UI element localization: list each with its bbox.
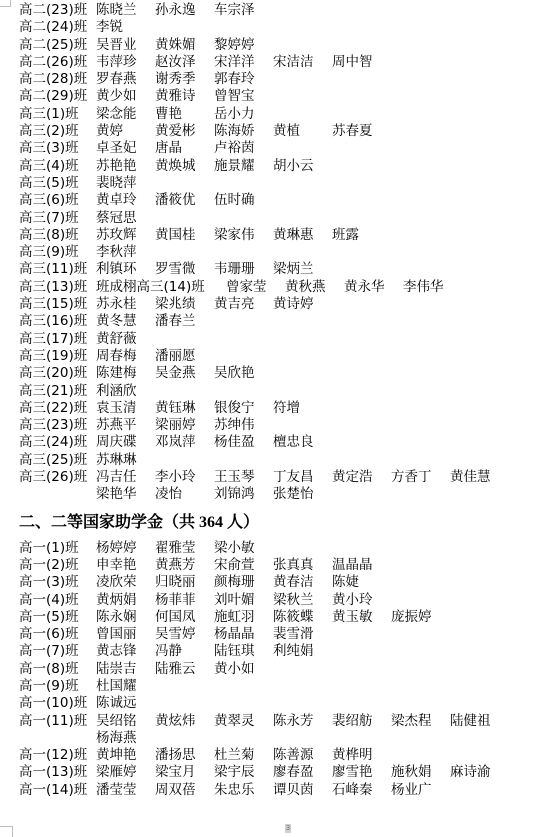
student-name: 方香丁 (391, 469, 450, 486)
class-label: 高一(12)班 (19, 747, 87, 764)
student-name: 梁兆绩 (155, 296, 214, 313)
student-name: 李锐 (96, 19, 155, 36)
student-name: 陆钰琪 (214, 643, 273, 660)
student-name: 苏燕平 (96, 417, 155, 434)
class-row: 高三(9)班李秋萍 (19, 244, 539, 261)
student-name: 黎婷婷 (214, 37, 273, 54)
student-name: 梁念能 (96, 106, 155, 123)
student-names: 裴晓萍 (96, 175, 541, 192)
student-name: 谢秀季 (155, 71, 214, 88)
student-names: 蔡冠思 (96, 210, 541, 227)
student-name: 黄国桂 (155, 227, 214, 244)
class-row: 高一(2)班申幸艳黄燕芳宋俞萱张真真温晶晶 (19, 557, 539, 574)
student-name: 潘扬思 (155, 747, 214, 764)
student-name: 李秋萍 (96, 244, 155, 261)
student-name: 陈诚远 (96, 695, 155, 712)
student-names: 黄炳娟杨菲菲刘叶媚梁秋兰黄小玲 (96, 592, 541, 609)
student-name: 黄秋燕 (285, 279, 344, 296)
student-names: 袁玉清黄钰琳银俊宁符增 (96, 400, 541, 417)
student-name: 黄小玲 (332, 592, 391, 609)
class-row: 高一(9)班杜国耀 (19, 678, 539, 695)
class-label: 高一(9)班 (19, 678, 79, 695)
class-row: 高三(11)班利镇环罗雪微韦珊珊梁炳兰 (19, 261, 539, 278)
student-name: 陈海娇 (214, 123, 273, 140)
class-row: 高三(4)班苏艳艳黄焕城施景耀胡小云 (19, 158, 539, 175)
student-name: 罗雪微 (155, 261, 214, 278)
student-names: 杜国耀 (96, 678, 541, 695)
student-name: 何国凤 (155, 609, 214, 626)
class-label: 高二(25)班 (19, 37, 87, 54)
student-name: 申幸艳 (96, 557, 155, 574)
student-name: 梁艳华 (96, 486, 155, 503)
class-label: 高三(25)班 (19, 452, 87, 469)
student-name: 曾国丽 (96, 626, 155, 643)
class-label: 高三(4)班 (19, 158, 79, 175)
student-name: 王玉琴 (214, 469, 273, 486)
student-name: 梁丽婷 (155, 417, 214, 434)
class-label: 高三(24)班 (19, 434, 87, 451)
class-label: 高三(20)班 (19, 365, 87, 382)
student-name: 韦珊珊 (214, 261, 273, 278)
student-names: 李秋萍 (96, 244, 541, 261)
student-name: 黄钰琳 (155, 400, 214, 417)
student-name: 唐晶 (155, 140, 214, 157)
student-names: 凌欣荣归晓丽颜梅珊黄春洁陈婕 (96, 574, 541, 591)
student-name: 曾智宝 (214, 88, 273, 105)
student-name: 冯吉任 (96, 469, 155, 486)
class-row: 高三(17)班黄舒薇 (19, 331, 539, 348)
student-name: 梁家伟 (214, 227, 273, 244)
student-name: 翟雅莹 (155, 540, 214, 557)
class-label: 高一(3)班 (19, 574, 79, 591)
student-names: 苏玫辉黄国桂梁家伟黄琳惠班露 (96, 227, 541, 244)
student-name: 陈晓兰 (96, 2, 155, 19)
student-name: 廖春盈 (273, 764, 332, 781)
class-label: 高三(11)班 (19, 261, 87, 278)
student-names: 吴晋业黄姝媚黎婷婷 (96, 37, 541, 54)
student-name: 黄雅诗 (155, 88, 214, 105)
student-name: 吴晋业 (96, 37, 155, 54)
student-name: 凌怡 (155, 486, 214, 503)
class-row: 高三(26)班冯吉任李小玲王玉琴丁友昌黄定浩方香丁黄佳慧 (19, 469, 539, 486)
student-name: 苏绅伟 (214, 417, 273, 434)
student-name: 郭春玲 (214, 71, 273, 88)
student-name: 车宗泽 (214, 2, 273, 19)
student-names: 黄志锋冯静陆钰琪利纯娟 (96, 643, 541, 660)
student-names: 吴绍铭黄炫炜黄翠灵陈永芳裴绍舫梁杰程陆健祖 (96, 713, 541, 730)
student-name: 黄春洁 (273, 574, 332, 591)
class-label: 高三(3)班 (19, 140, 79, 157)
class-label: 高三(26)班 (19, 469, 87, 486)
student-name: 黄小如 (214, 661, 273, 678)
class-label: 高一(2)班 (19, 557, 79, 574)
student-name: 施秋娟 (391, 764, 450, 781)
student-name: 袁玉清 (96, 400, 155, 417)
student-name: 陈建梅 (96, 365, 155, 382)
class-label: 高二(26)班 (19, 54, 87, 71)
student-name: 黄永华 (344, 279, 403, 296)
student-name: 韦萍珍 (96, 54, 155, 71)
student-name: 潘筱优 (155, 192, 214, 209)
student-names: 黄冬慧潘春兰 (96, 313, 541, 330)
student-names: 周春梅潘丽愿 (96, 348, 541, 365)
class-row: 高二(26)班韦萍珍赵汝泽宋洋洋宋洁洁周中智 (19, 54, 539, 71)
student-name: 周庆碟 (96, 434, 155, 451)
student-name: 宋洋洋 (214, 54, 273, 71)
student-name: 刘锦鸿 (214, 486, 273, 503)
class-row: 高一(12)班黄坤艳潘扬思杜兰菊陈善源黄桦明 (19, 747, 539, 764)
student-names: 潘莹莹周双蓓朱忠乐谭贝茵石峰秦杨业广 (96, 782, 541, 799)
student-name: 周双蓓 (155, 782, 214, 799)
student-name: 施虹羽 (214, 609, 273, 626)
class-label: 高一(14)班 (19, 782, 87, 799)
class-row: 杨海燕 (19, 730, 539, 747)
student-name: 杨婷婷 (96, 540, 155, 557)
student-names: 曾国丽吴雪婷杨晶晶裴雪滑 (96, 626, 541, 643)
student-name: 黄舒薇 (96, 331, 155, 348)
student-name: 朱忠乐 (214, 782, 273, 799)
student-name: 杨业广 (391, 782, 450, 799)
class-label: 高一(1)班 (19, 540, 79, 557)
student-name: 邓岚萍 (155, 434, 214, 451)
student-name: 裴雪滑 (273, 626, 332, 643)
student-name: 陈筱蝶 (273, 609, 332, 626)
class-label: 高三(22)班 (19, 400, 87, 417)
student-names: 苏艳艳黄焕城施景耀胡小云 (96, 158, 541, 175)
student-name: 利涵欣 (96, 383, 155, 400)
class-label: 高三(5)班 (19, 175, 79, 192)
student-name: 孙永逸 (155, 2, 214, 19)
student-names: 卓圣妃唐晶卢裕茵 (96, 140, 541, 157)
student-name: 吴金燕 (155, 365, 214, 382)
class-label: 高一(6)班 (19, 626, 79, 643)
student-name: 陆健祖 (450, 713, 509, 730)
student-name: 冯静 (155, 643, 214, 660)
student-names: 黄少如黄雅诗曾智宝 (96, 88, 541, 105)
student-name: 谭贝茵 (273, 782, 332, 799)
student-name: 苏永桂 (96, 296, 155, 313)
student-name: 卓圣妃 (96, 140, 155, 157)
class-row: 高三(25)班苏琳琳 (19, 452, 539, 469)
class-row: 高三(21)班利涵欣 (19, 383, 539, 400)
student-name: 黄焕城 (155, 158, 214, 175)
class-label: 高三(6)班 (19, 192, 79, 209)
class-row: 高三(22)班袁玉清黄钰琳银俊宁符增 (19, 400, 539, 417)
student-name: 黄少如 (96, 88, 155, 105)
class-row: 高一(3)班凌欣荣归晓丽颜梅珊黄春洁陈婕 (19, 574, 539, 591)
student-name: 宋俞萱 (214, 557, 273, 574)
class-row: 高一(1)班杨婷婷翟雅莹梁小敏 (19, 540, 539, 557)
student-names: 陆崇吉陆雅云黄小如 (96, 661, 541, 678)
class-label: 高二(23)班 (19, 2, 87, 19)
class-row: 高二(23)班陈晓兰孙永逸车宗泽 (19, 2, 539, 19)
class-label: 高三(9)班 (19, 244, 79, 261)
section-2-list: 高一(1)班杨婷婷翟雅莹梁小敏高一(2)班申幸艳黄燕芳宋俞萱张真真温晶晶高一(3… (19, 540, 539, 799)
class-label: 高三(7)班 (19, 210, 79, 227)
student-name: 黄炫炜 (155, 713, 214, 730)
student-name: 庞振婷 (391, 609, 450, 626)
student-name: 施景耀 (214, 158, 273, 175)
student-name: 梁杰程 (391, 713, 450, 730)
student-name: 赵汝泽 (155, 54, 214, 71)
student-name: 黄吉亮 (214, 296, 273, 313)
class-label: 高一(10)班 (19, 695, 87, 712)
student-name: 李小玲 (155, 469, 214, 486)
student-name: 黄翠灵 (214, 713, 273, 730)
class-row: 高一(13)班梁雁婷梁宝月梁宇辰廖春盈廖雪艳施秋娟麻诗渝 (19, 764, 539, 781)
student-name: 杨菲菲 (155, 592, 214, 609)
student-names: 梁雁婷梁宝月梁宇辰廖春盈廖雪艳施秋娟麻诗渝 (96, 764, 541, 781)
student-name: 颜梅珊 (214, 574, 273, 591)
class-row: 高一(7)班黄志锋冯静陆钰琪利纯娟 (19, 643, 539, 660)
student-names: 陈诚远 (96, 695, 541, 712)
student-name: 张楚怡 (273, 486, 332, 503)
class-row: 高三(5)班裴晓萍 (19, 175, 539, 192)
student-name: 陈永芳 (273, 713, 332, 730)
student-name: 罗春燕 (96, 71, 155, 88)
class-label: 高二(28)班 (19, 71, 87, 88)
student-name: 凌欣荣 (96, 574, 155, 591)
student-name: 符增 (273, 400, 332, 417)
student-name: 胡小云 (273, 158, 332, 175)
student-names: 苏燕平梁丽婷苏绅伟 (96, 417, 541, 434)
student-name: 梁炳兰 (273, 261, 332, 278)
student-name: 裴绍舫 (332, 713, 391, 730)
student-names: 利镇环罗雪微韦珊珊梁炳兰 (96, 261, 541, 278)
page-corner-mark-top (0, 0, 11, 7)
class-label: 高一(5)班 (19, 609, 79, 626)
student-name: 利镇环 (96, 261, 155, 278)
student-names: 陈建梅吴金燕吴欣艳 (96, 365, 541, 382)
class-row: 高三(6)班黄卓玲潘筱优伍时确 (19, 192, 539, 209)
class-row: 高三(24)班周庆碟邓岚萍杨佳盈檀忠良 (19, 434, 539, 451)
student-name: 黄植 (273, 123, 332, 140)
student-name: 麻诗渝 (450, 764, 509, 781)
student-name: 杜国耀 (96, 678, 155, 695)
class-row: 高三(16)班黄冬慧潘春兰 (19, 313, 539, 330)
class-row: 高三(20)班陈建梅吴金燕吴欣艳 (19, 365, 539, 382)
student-name: 檀忠良 (273, 434, 332, 451)
student-names: 黄舒薇 (96, 331, 541, 348)
student-name: 苏玫辉 (96, 227, 155, 244)
page-corner-mark-bottom (0, 826, 13, 837)
student-name: 梁雁婷 (96, 764, 155, 781)
student-name: 黄燕芳 (155, 557, 214, 574)
student-names: 杨海燕 (96, 730, 541, 747)
class-label: 高三(1)班 (19, 106, 79, 123)
class-label: 高二(24)班 (19, 19, 87, 36)
section-2-heading: 二、二等国家助学金（共 364 人） (19, 506, 539, 540)
student-name: 曹艳 (155, 106, 214, 123)
class-row: 高二(29)班黄少如黄雅诗曾智宝 (19, 88, 539, 105)
student-name: 黄炳娟 (96, 592, 155, 609)
class-label: 高三(8)班 (19, 227, 79, 244)
student-name: 周春梅 (96, 348, 155, 365)
student-name: 曾家莹 (226, 279, 285, 296)
student-names: 梁艳华凌怡刘锦鸿张楚怡 (96, 486, 541, 503)
student-name: 蔡冠思 (96, 210, 155, 227)
class-row: 高一(10)班陈诚远 (19, 695, 539, 712)
student-names: 杨婷婷翟雅莹梁小敏 (96, 540, 541, 557)
student-name: 梁小敏 (214, 540, 273, 557)
student-names: 周庆碟邓岚萍杨佳盈檀忠良 (96, 434, 541, 451)
student-name: 岳小力 (214, 106, 273, 123)
student-name: 梁宝月 (155, 764, 214, 781)
class-label: 高三(2)班 (19, 123, 79, 140)
student-name: 黄婷 (96, 123, 155, 140)
student-name: 潘莹莹 (96, 782, 155, 799)
student-name: 黄冬慧 (96, 313, 155, 330)
student-name: 黄诗婷 (273, 296, 332, 313)
class-row: 高三(15)班苏永桂梁兆绩黄吉亮黄诗婷 (19, 296, 539, 313)
student-name: 黄坤艳 (96, 747, 155, 764)
student-name: 杨晶晶 (214, 626, 273, 643)
student-name: 黄玉敏 (332, 609, 391, 626)
student-names: 苏永桂梁兆绩黄吉亮黄诗婷 (96, 296, 541, 313)
student-name: 黄定浩 (332, 469, 391, 486)
student-name: 苏琳琳 (96, 452, 155, 469)
student-names: 班成栩高三(14)班曾家莹黄秋燕黄永华李伟华 (96, 279, 541, 296)
class-row: 高二(24)班李锐 (19, 19, 539, 36)
class-label: 高三(17)班 (19, 331, 87, 348)
student-name: 宋洁洁 (273, 54, 332, 71)
class-row: 高三(3)班卓圣妃唐晶卢裕茵 (19, 140, 539, 157)
class-row: 高一(5)班陈永娴何国凤施虹羽陈筱蝶黄玉敏庞振婷 (19, 609, 539, 626)
class-row: 梁艳华凌怡刘锦鸿张楚怡 (19, 486, 539, 503)
student-name: 潘丽愿 (155, 348, 214, 365)
class-row: 高一(11)班吴绍铭黄炫炜黄翠灵陈永芳裴绍舫梁杰程陆健祖 (19, 713, 539, 730)
student-name: 周中智 (332, 54, 391, 71)
student-name: 班成栩高三(14)班 (96, 279, 226, 296)
class-label: 高一(13)班 (19, 764, 87, 781)
student-name: 陈永娴 (96, 609, 155, 626)
student-name: 黄志锋 (96, 643, 155, 660)
student-name: 吴欣艳 (214, 365, 273, 382)
class-label: 高三(15)班 (19, 296, 87, 313)
class-row: 高一(6)班曾国丽吴雪婷杨晶晶裴雪滑 (19, 626, 539, 643)
student-name: 陆雅云 (155, 661, 214, 678)
class-row: 高二(28)班罗春燕谢秀季郭春玲 (19, 71, 539, 88)
student-names: 黄婷黄爱彬陈海娇黄植苏春夏 (96, 123, 541, 140)
class-row: 高一(4)班黄炳娟杨菲菲刘叶媚梁秋兰黄小玲 (19, 592, 539, 609)
class-label: 高一(8)班 (19, 661, 79, 678)
student-name: 苏艳艳 (96, 158, 155, 175)
student-name: 廖雪艳 (332, 764, 391, 781)
student-names: 苏琳琳 (96, 452, 541, 469)
class-row: 高三(2)班黄婷黄爱彬陈海娇黄植苏春夏 (19, 123, 539, 140)
student-names: 冯吉任李小玲王玉琴丁友昌黄定浩方香丁黄佳慧 (96, 469, 541, 486)
student-names: 梁念能曹艳岳小力 (96, 106, 541, 123)
class-row: 高三(8)班苏玫辉黄国桂梁家伟黄琳惠班露 (19, 227, 539, 244)
class-label: 高三(21)班 (19, 383, 87, 400)
student-name: 卢裕茵 (214, 140, 273, 157)
student-name: 吴雪婷 (155, 626, 214, 643)
class-row: 高一(8)班陆崇吉陆雅云黄小如 (19, 661, 539, 678)
student-names: 黄卓玲潘筱优伍时确 (96, 192, 541, 209)
student-names: 黄坤艳潘扬思杜兰菊陈善源黄桦明 (96, 747, 541, 764)
class-row: 高一(14)班潘莹莹周双蓓朱忠乐谭贝茵石峰秦杨业广 (19, 782, 539, 799)
student-name: 苏春夏 (332, 123, 391, 140)
class-row: 高三(13)班班成栩高三(14)班曾家莹黄秋燕黄永华李伟华 (19, 279, 539, 296)
class-label: 高二(29)班 (19, 88, 87, 105)
section-1-list: 高二(23)班陈晓兰孙永逸车宗泽高二(24)班李锐高二(25)班吴晋业黄姝媚黎婷… (19, 2, 539, 504)
class-label: 高三(16)班 (19, 313, 87, 330)
student-name: 丁友昌 (273, 469, 332, 486)
student-name: 潘春兰 (155, 313, 214, 330)
student-names: 李锐 (96, 19, 541, 36)
student-name: 陈善源 (273, 747, 332, 764)
student-name: 黄桦明 (332, 747, 391, 764)
class-label: 高三(19)班 (19, 348, 87, 365)
student-name: 黄爱彬 (155, 123, 214, 140)
page-number: 3 (285, 824, 291, 833)
student-name: 银俊宁 (214, 400, 273, 417)
class-label: 高三(23)班 (19, 417, 87, 434)
student-name: 张真真 (273, 557, 332, 574)
class-row: 高三(23)班苏燕平梁丽婷苏绅伟 (19, 417, 539, 434)
student-name: 黄琳惠 (273, 227, 332, 244)
student-name: 班露 (332, 227, 391, 244)
student-name: 吴绍铭 (96, 713, 155, 730)
student-name: 黄姝媚 (155, 37, 214, 54)
student-name: 梁秋兰 (273, 592, 332, 609)
class-row: 高二(25)班吴晋业黄姝媚黎婷婷 (19, 37, 539, 54)
student-name: 黄卓玲 (96, 192, 155, 209)
student-names: 罗春燕谢秀季郭春玲 (96, 71, 541, 88)
student-name: 刘叶媚 (214, 592, 273, 609)
class-row: 高三(1)班梁念能曹艳岳小力 (19, 106, 539, 123)
student-name: 石峰秦 (332, 782, 391, 799)
class-row: 高三(19)班周春梅潘丽愿 (19, 348, 539, 365)
class-row: 高三(7)班蔡冠思 (19, 210, 539, 227)
student-name: 利纯娟 (273, 643, 332, 660)
student-names: 申幸艳黄燕芳宋俞萱张真真温晶晶 (96, 557, 541, 574)
student-name: 裴晓萍 (96, 175, 155, 192)
student-name: 李伟华 (403, 279, 462, 296)
student-names: 韦萍珍赵汝泽宋洋洋宋洁洁周中智 (96, 54, 541, 71)
class-label: 高一(4)班 (19, 592, 79, 609)
student-name: 梁宇辰 (214, 764, 273, 781)
student-names: 陈永娴何国凤施虹羽陈筱蝶黄玉敏庞振婷 (96, 609, 541, 626)
student-name: 温晶晶 (332, 557, 391, 574)
student-names: 利涵欣 (96, 383, 541, 400)
class-label: 高三(13)班 (19, 279, 87, 296)
student-name: 杜兰菊 (214, 747, 273, 764)
student-names: 陈晓兰孙永逸车宗泽 (96, 2, 541, 19)
document-page: 高二(23)班陈晓兰孙永逸车宗泽高二(24)班李锐高二(25)班吴晋业黄姝媚黎婷… (19, 2, 539, 799)
student-name: 伍时确 (214, 192, 273, 209)
student-name: 杨佳盈 (214, 434, 273, 451)
student-name: 陈婕 (332, 574, 391, 591)
class-label: 高一(7)班 (19, 643, 79, 660)
student-name: 黄佳慧 (450, 469, 509, 486)
student-name: 陆崇吉 (96, 661, 155, 678)
class-label: 高一(11)班 (19, 713, 87, 730)
student-name: 归晓丽 (155, 574, 214, 591)
student-name: 杨海燕 (96, 730, 155, 747)
